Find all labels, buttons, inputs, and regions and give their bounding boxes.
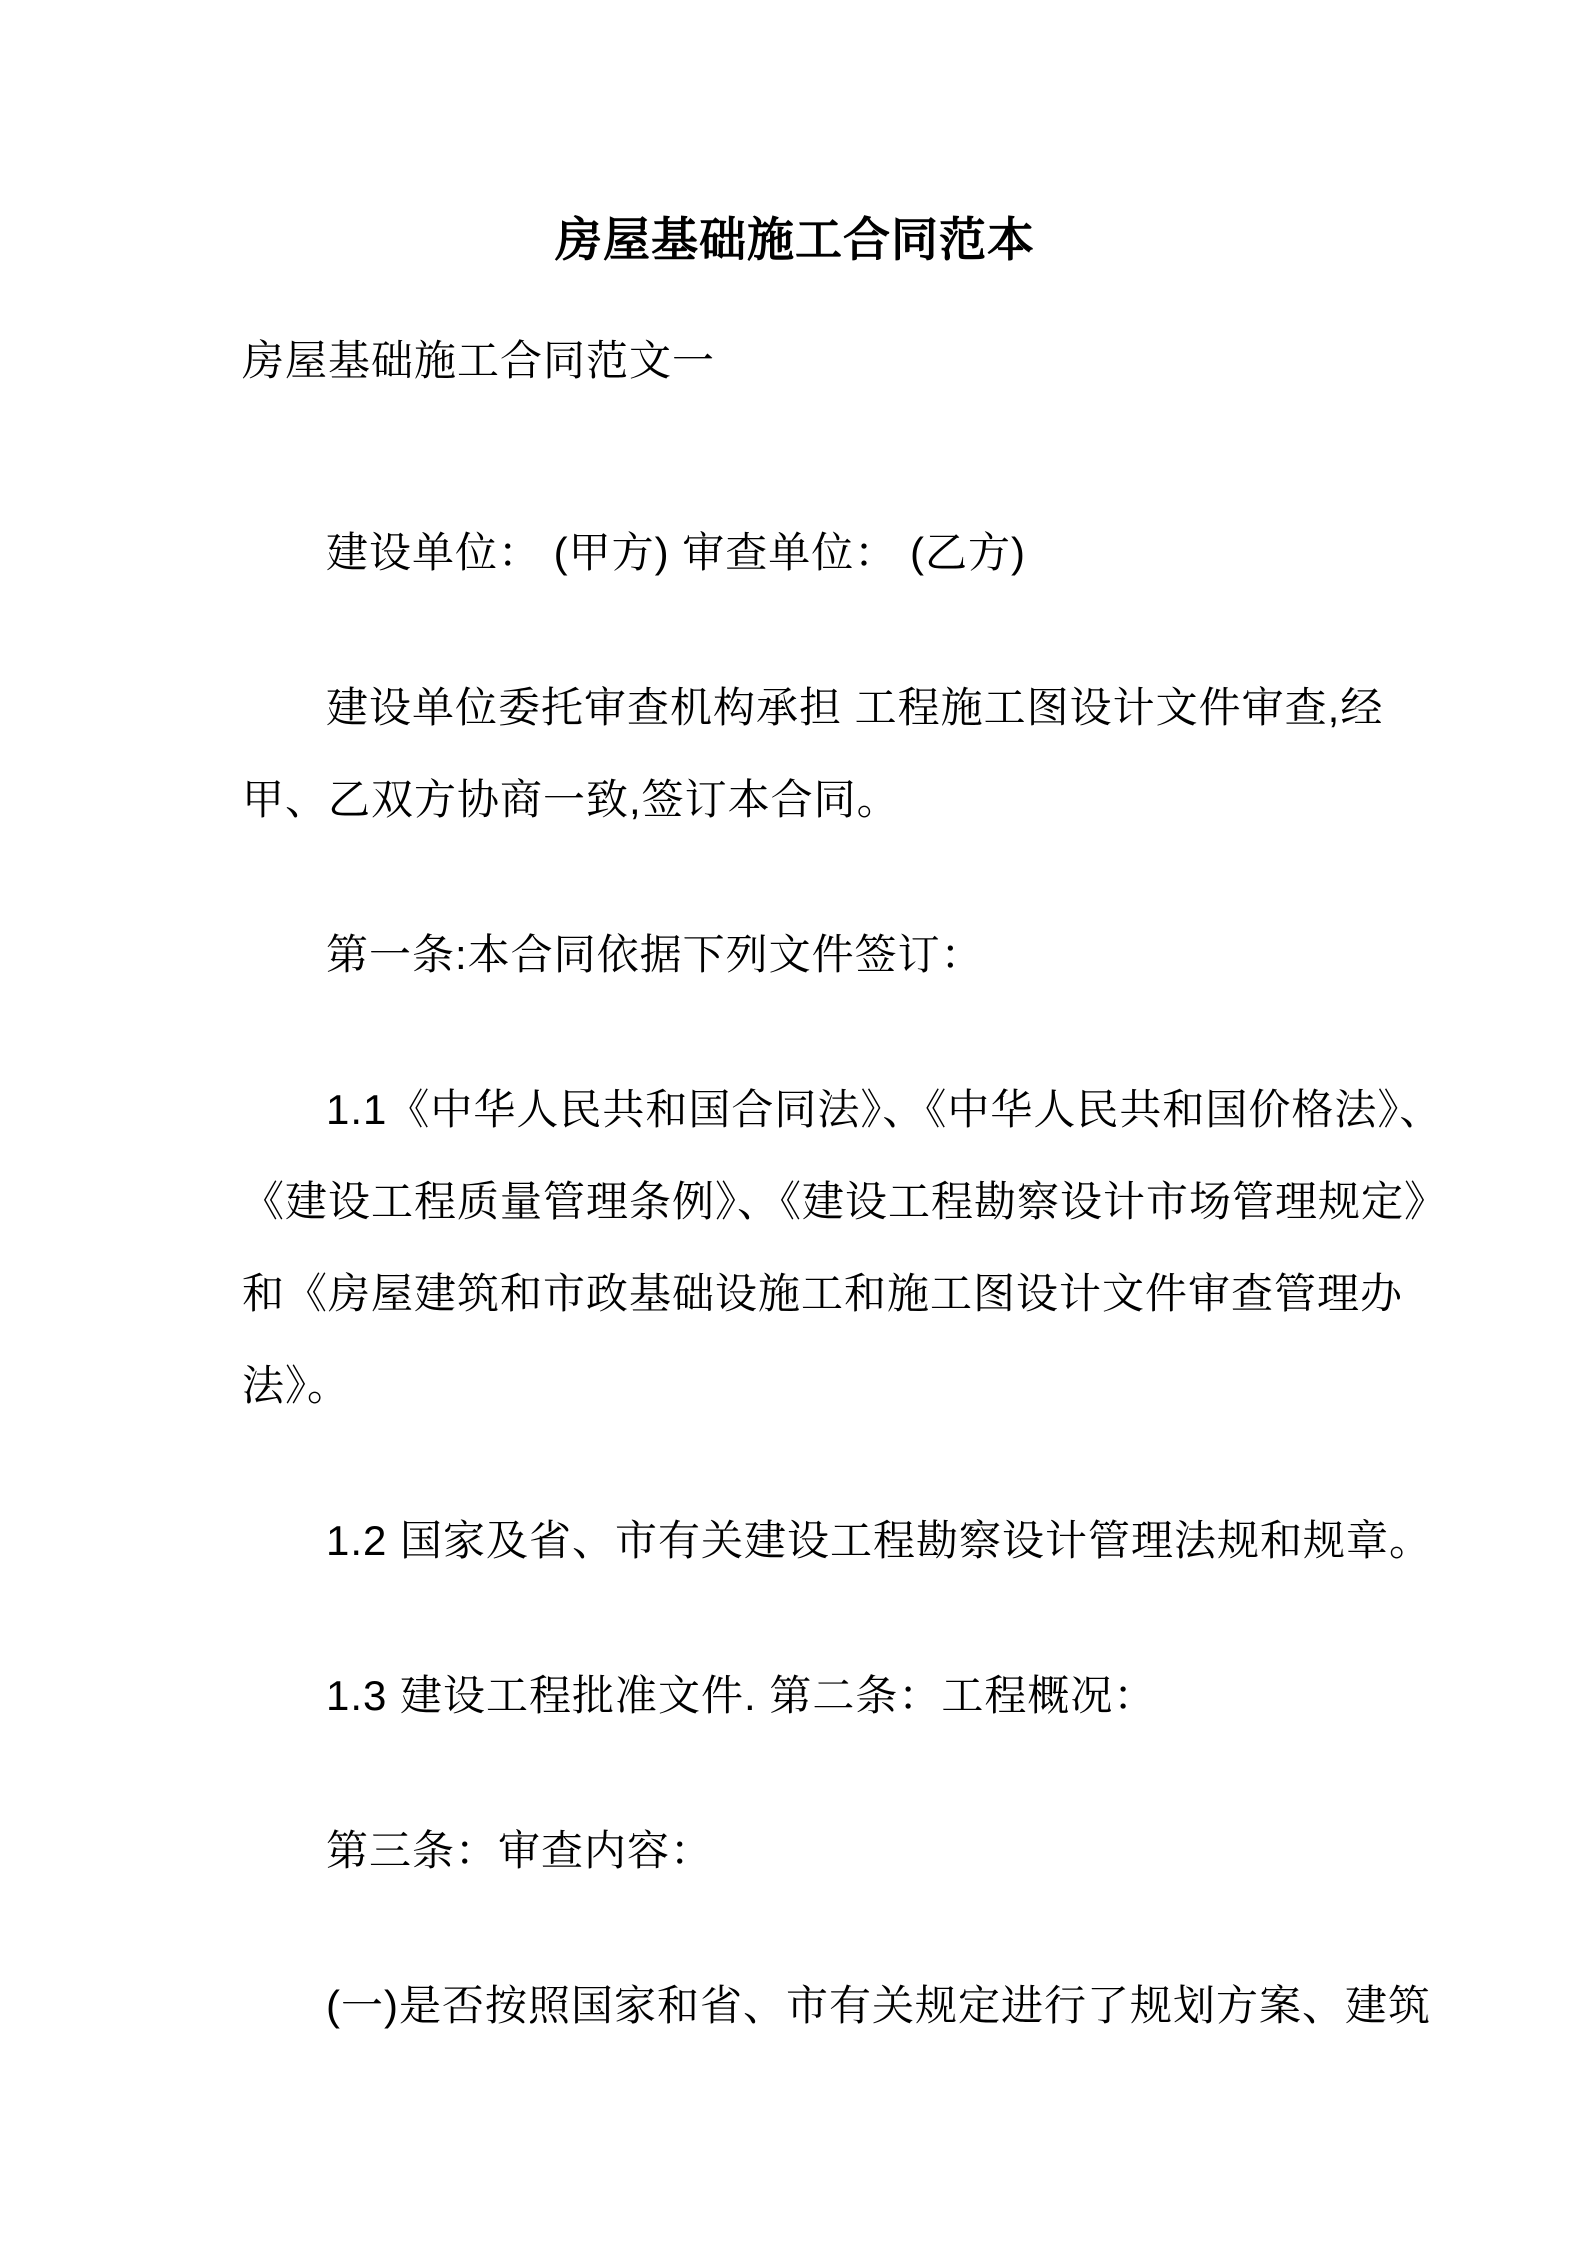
text-line: 1.1《中华人民共和国合同法》、《中华人民共和国价格法》、 [242,1064,1348,1156]
document-title: 房屋基础施工合同范本 [242,205,1348,275]
text-line: 法》。 [242,1340,1348,1432]
paragraph-clause-1-3-article-2: 1.3 建设工程批准文件. 第二条：工程概况： [242,1650,1348,1742]
text-line: 《建设工程质量管理条例》、《建设工程勘察设计市场管理规定》 [242,1156,1348,1248]
paragraph-article-1: 第一条:本合同依据下列文件签订： [242,909,1348,1001]
document-page: 房屋基础施工合同范本 房屋基础施工合同范文一 建设单位： (甲方) 审查单位： … [0,0,1586,2244]
text-line: 甲、乙双方协商一致,签订本合同。 [242,754,1348,846]
text-line: 1.2 国家及省、市有关建设工程勘察设计管理法规和规章。 [242,1495,1348,1587]
paragraph-parties: 建设单位： (甲方) 审查单位： (乙方) [242,507,1348,599]
text-line: 和《房屋建筑和市政基础设施工和施工图设计文件审查管理办 [242,1248,1348,1340]
paragraph-clause-1-2: 1.2 国家及省、市有关建设工程勘察设计管理法规和规章。 [242,1495,1348,1587]
text-line: 房屋基础施工合同范文一 [242,315,1348,407]
text-line: 1.3 建设工程批准文件. 第二条：工程概况： [242,1650,1348,1742]
paragraph-item-1: (一)是否按照国家和省、市有关规定进行了规划方案、建筑 [242,1960,1348,2052]
text-line: (一)是否按照国家和省、市有关规定进行了规划方案、建筑 [242,1960,1348,2052]
paragraph-article-3: 第三条：审查内容： [242,1805,1348,1897]
paragraph-intro-heading: 房屋基础施工合同范文一 [242,315,1348,407]
paragraph-clause-1-1: 1.1《中华人民共和国合同法》、《中华人民共和国价格法》、 《建设工程质量管理条… [242,1064,1348,1432]
text-line: 建设单位委托审查机构承担 工程施工图设计文件审查,经 [242,662,1348,754]
paragraph-preamble: 建设单位委托审查机构承担 工程施工图设计文件审查,经 甲、乙双方协商一致,签订本… [242,662,1348,846]
text-line: 第一条:本合同依据下列文件签订： [242,909,1348,1001]
text-line: 建设单位： (甲方) 审查单位： (乙方) [242,507,1348,599]
text-line: 第三条：审查内容： [242,1805,1348,1897]
